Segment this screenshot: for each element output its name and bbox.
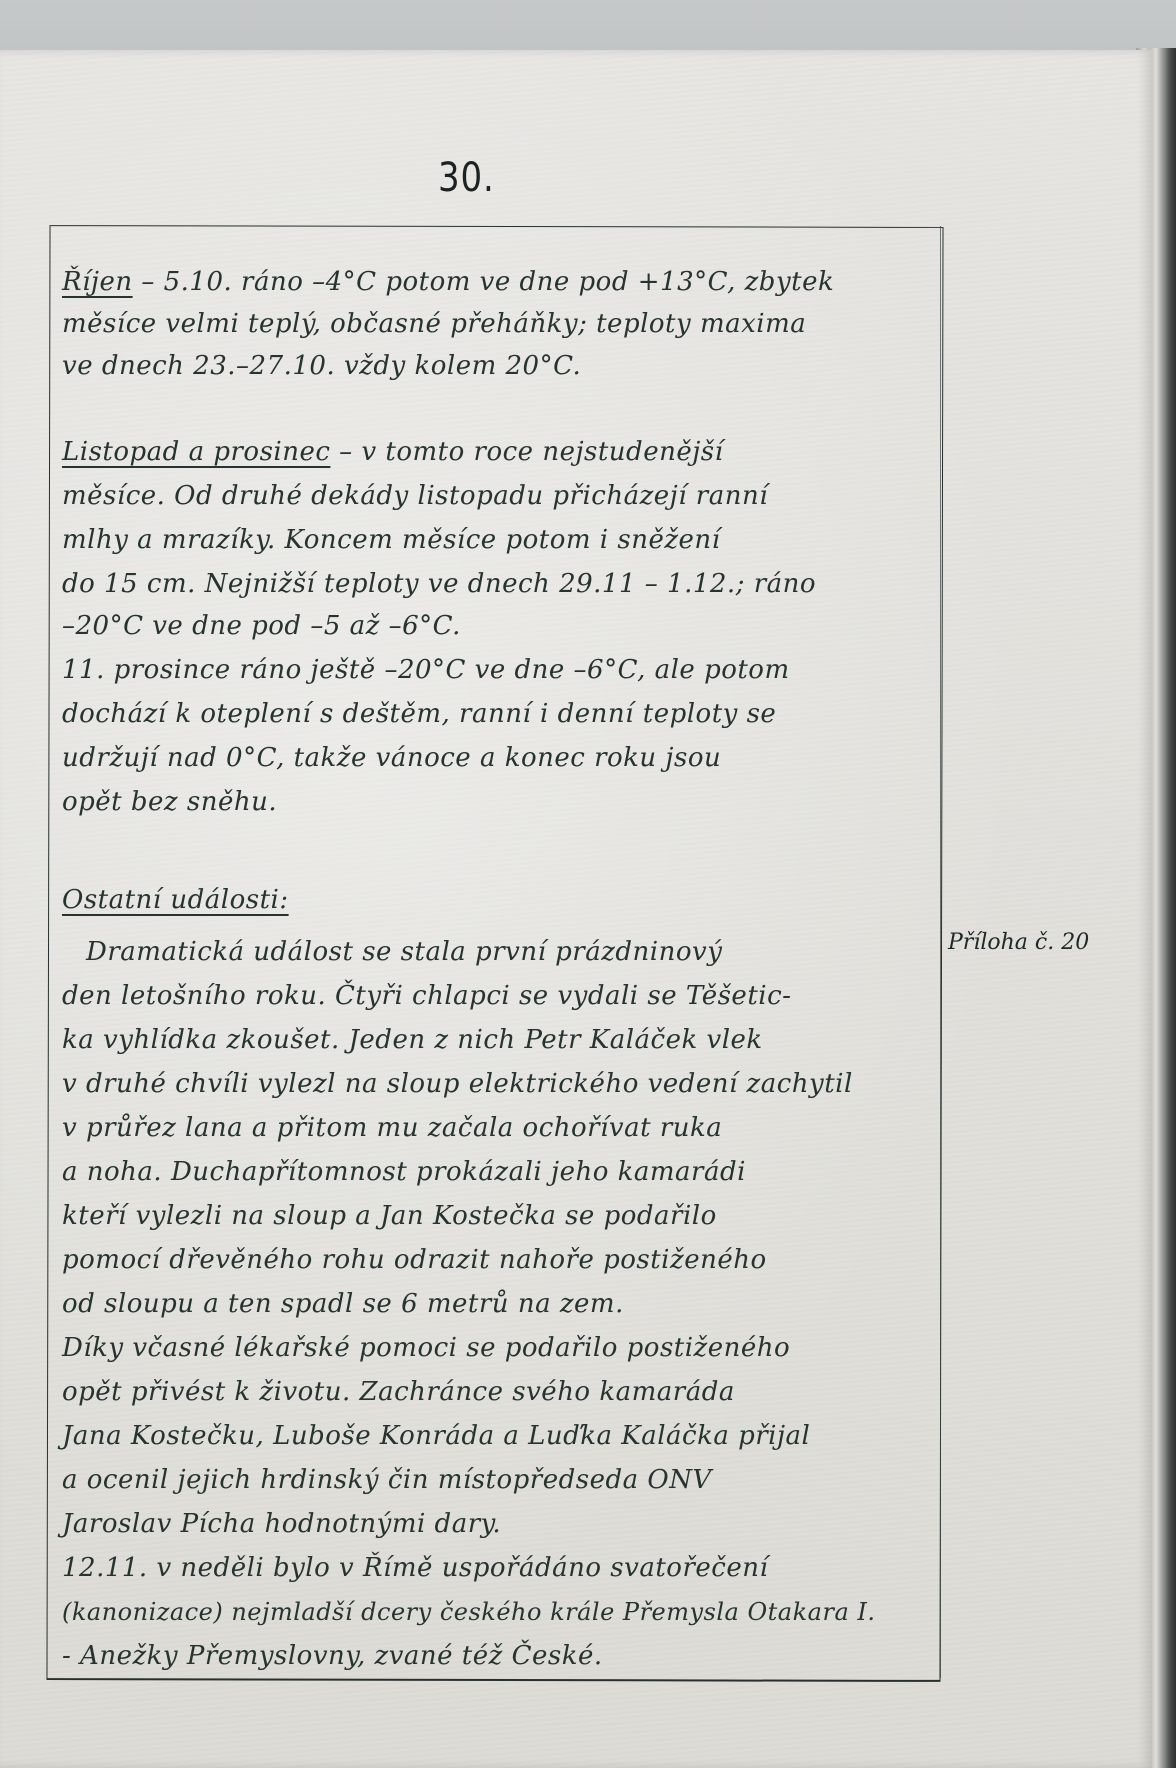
text-line-content: – v tomto roce nejstudenější (330, 437, 723, 467)
margin-column-rule (940, 226, 941, 1678)
text-line: Listopad a prosinec – v tomto roce nejst… (62, 432, 723, 472)
text-line: udržují nad 0°C, takže vánoce a konec ro… (62, 738, 721, 778)
text-line: Dramatická událost se stala první prázdn… (86, 932, 722, 972)
text-line: a ocenil jejich hrdinský čin místopředse… (62, 1460, 712, 1500)
text-line: - Anežky Přemyslovny, zvané též České. (62, 1636, 603, 1676)
text-line: pomocí dřevěného rohu odrazit nahoře pos… (62, 1240, 767, 1280)
section-heading-other-events: Ostatní události: (62, 880, 289, 920)
text-line: ka vyhlídka zkoušet. Jeden z nich Petr K… (62, 1020, 763, 1060)
text-line: kteří vylezli na sloup a Jan Kostečka se… (62, 1196, 717, 1236)
text-line: měsíce velmi teplý, občasné přeháňky; te… (62, 304, 806, 344)
text-line: –20°C ve dne pod –5 až –6°C. (62, 606, 461, 646)
text-line: v průřez lana a přitom mu začala ochořív… (62, 1108, 722, 1148)
section-heading-november-december: Listopad a prosinec (62, 437, 330, 467)
text-line: Jana Kostečku, Luboše Konráda a Luďka Ka… (62, 1416, 810, 1456)
text-line: den letošního roku. Čtyři chlapci se vyd… (62, 976, 791, 1016)
attachment-reference-note: Příloha č. 20 (948, 930, 1089, 955)
text-line: Jaroslav Pícha hodnotnými dary. (62, 1504, 501, 1544)
page-number: 30. (438, 155, 495, 201)
text-line: v druhé chvíli vylezl na sloup elektrick… (62, 1064, 853, 1104)
text-line: měsíce. Od druhé dekády listopadu přichá… (62, 476, 768, 516)
text-line: ve dnech 23.–27.10. vždy kolem 20°C. (62, 346, 581, 386)
text-line: mlhy a mrazíky. Koncem měsíce potom i sn… (62, 520, 720, 560)
text-line: a noha. Duchapřítomnost prokázali jeho k… (62, 1152, 746, 1192)
text-line: 12.11. v neděli bylo v Římě uspořádáno s… (62, 1548, 768, 1588)
text-line-content: – 5.10. ráno –4°C potom ve dne pod +13°C… (133, 267, 835, 297)
text-line: do 15 cm. Nejnižší teploty ve dnech 29.1… (62, 564, 816, 604)
text-line: dochází k oteplení s deštěm, ranní i den… (62, 694, 776, 734)
text-line: Říjen – 5.10. ráno –4°C potom ve dne pod… (62, 262, 834, 302)
text-line: opět bez sněhu. (62, 782, 277, 822)
section-heading-october: Říjen (62, 267, 133, 297)
text-line: od sloupu a ten spadl se 6 metrů na zem. (62, 1284, 624, 1324)
text-line: Díky včasné lékařské pomoci se podařilo … (62, 1328, 790, 1368)
text-line: 11. prosince ráno ještě –20°C ve dne –6°… (62, 650, 790, 690)
text-line: opět přivést k životu. Zachránce svého k… (62, 1372, 735, 1412)
text-line: (kanonizace) nejmladší dcery českého krá… (62, 1592, 875, 1632)
